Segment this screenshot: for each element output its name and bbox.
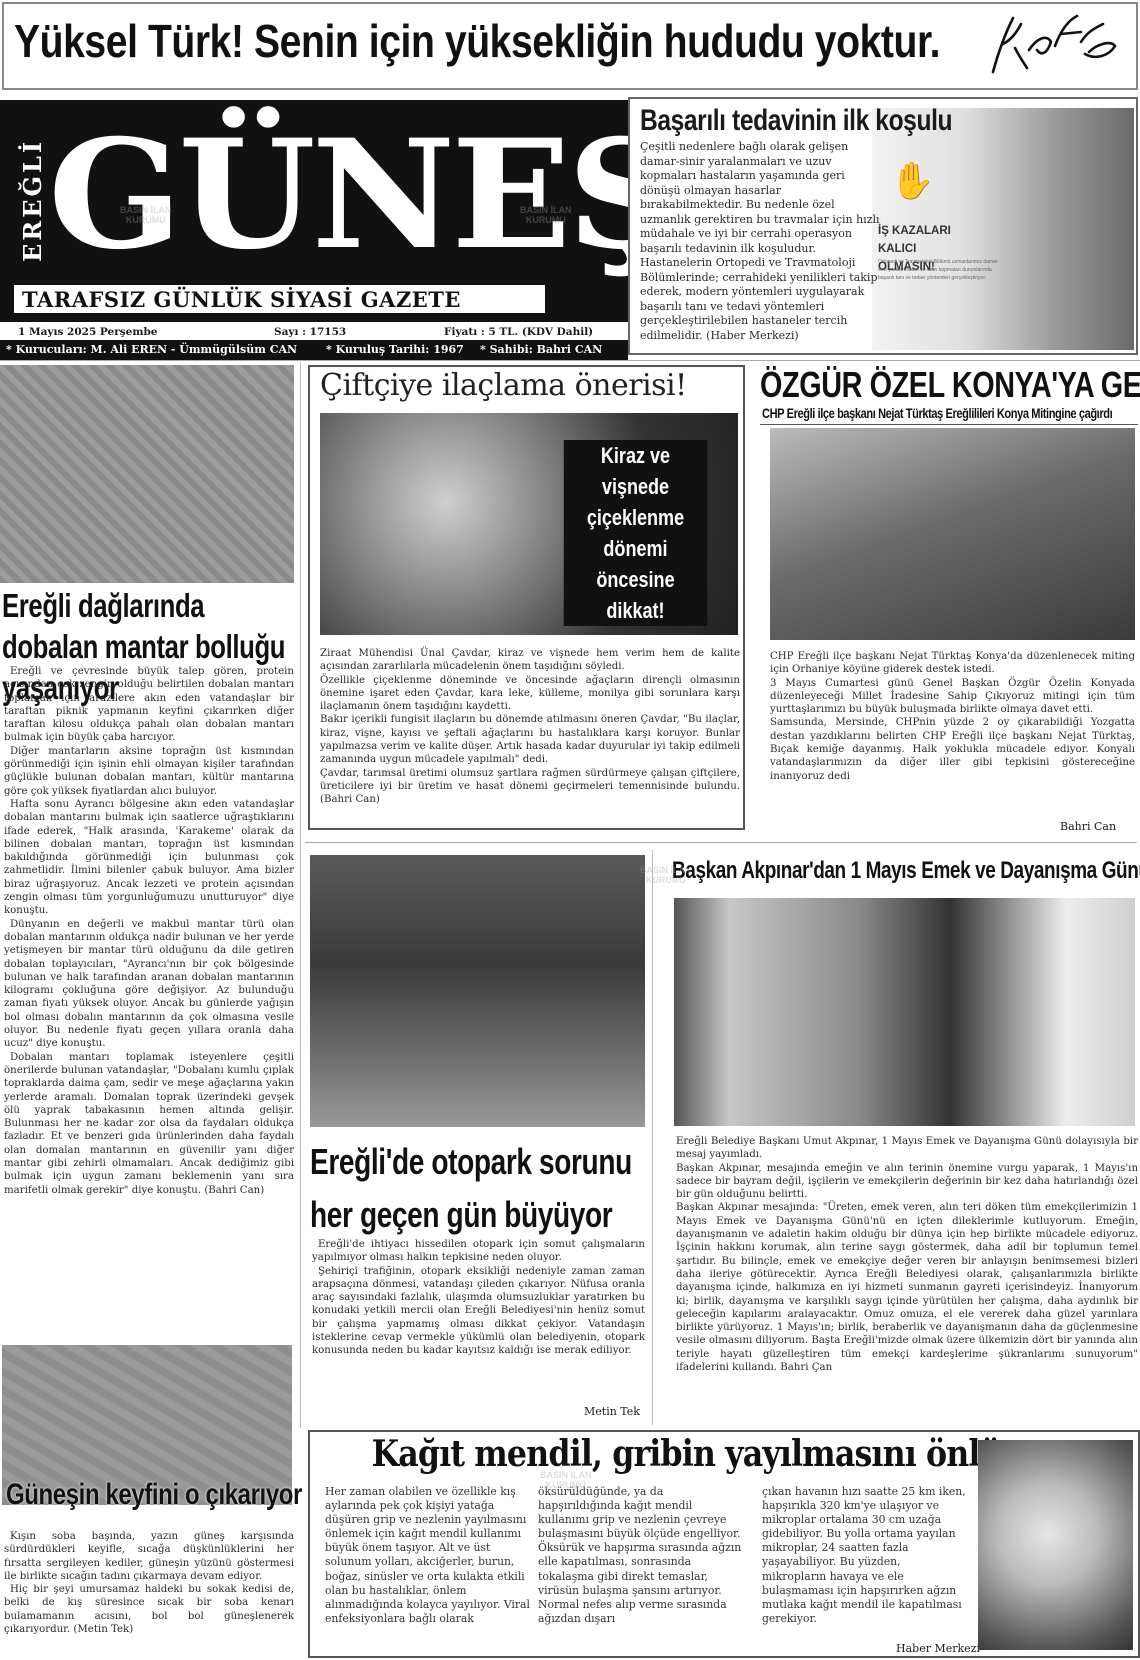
founders: * Kurucuları: M. Ali EREN - Ümmügülsüm C… xyxy=(6,343,297,356)
paragraph: Samsunda, Mersinde, CHPnin yüzde 2 oy çı… xyxy=(770,716,1135,782)
otopark-body: Ereğli'de ihtiyacı hissedilen otopark iç… xyxy=(312,1238,645,1358)
kagit-column-2: öksürüldüğünde, ya da hapşırıldığında ka… xyxy=(538,1485,743,1626)
paragraph: Başkan Akpınar mesajında: "Üreten, emek … xyxy=(676,1201,1138,1374)
kagit-column-3: çıkan havanın hızı saatte 25 km iken, ha… xyxy=(762,1485,967,1626)
paragraph: 3 Mayıs Cumartesi günü Genel Başkan Özgü… xyxy=(770,677,1135,717)
masthead-prefix: EREĞLİ xyxy=(18,139,47,262)
paragraph: Ziraat Mühendisi Ünal Çavdar, kiraz ve v… xyxy=(320,647,740,674)
ozel-meeting-photo xyxy=(770,428,1135,640)
akpinar-body: Ereğli Belediye Başkanı Umut Akpınar, 1 … xyxy=(676,1135,1138,1374)
paragraph: Dobalan mantarı toplamak isteyenlere çeş… xyxy=(4,1051,294,1197)
tedavi-ad-caption: Ortopedi ve Travmatoloji Bölümü uzmanlar… xyxy=(878,258,1003,282)
ciftci-headline: Çiftçiye ilaçlama önerisi! xyxy=(320,368,687,403)
paragraph: Çavdar, tarımsal üretimi olumsuz şartlar… xyxy=(320,767,740,807)
sneezing-child-photo xyxy=(978,1440,1133,1650)
column-divider xyxy=(652,850,653,1425)
paragraph: Başkan Akpınar, mesajında emeğin ve alın… xyxy=(676,1162,1138,1202)
ciftci-photo-caption: Kiraz ve vişnede çiçeklenme dönemi önces… xyxy=(548,440,723,626)
otopark-headline: Ereğli'de otopark sorunu her geçen gün b… xyxy=(310,1135,632,1241)
ozel-subheadline: CHP Ereğli ilçe başkanı Nejat Türktaş Er… xyxy=(762,406,1112,421)
ataturk-signature-icon xyxy=(985,10,1120,80)
caption-line: Kiraz ve vişnede xyxy=(564,440,708,502)
akpinar-office-photo xyxy=(674,898,1135,1126)
tedavi-headline: Başarılı tedavinin ilk koşulu xyxy=(640,104,952,138)
divider xyxy=(305,842,1137,843)
paragraph: Özellikle çiçeklenme döneminde ve öncesi… xyxy=(320,674,740,714)
paragraph: Diğer mantarların aksine toprağın üst kı… xyxy=(4,745,294,798)
mantar-body: Ereğli ve çevresinde büyük talep gören, … xyxy=(4,665,294,1197)
ozel-author: Bahri Can xyxy=(1060,820,1116,833)
kagit-author: Haber Merkezi xyxy=(896,1642,980,1655)
mushroom-photo xyxy=(0,365,294,583)
akpinar-headline: Başkan Akpınar'dan 1 Mayıs Emek ve Dayan… xyxy=(672,857,1140,885)
caption-line: öncesine dikkat! xyxy=(564,564,708,626)
headline-line: her geçen gün büyüyor xyxy=(310,1188,632,1241)
issue-date: 1 Mayıs 2025 Perşembe xyxy=(18,326,157,338)
paragraph: Ereğli'de ihtiyacı hissedilen otopark iç… xyxy=(312,1238,645,1265)
paragraph: CHP Ereğli ilçe başkanı Nejat Türktaş Ko… xyxy=(770,650,1135,677)
otopark-author: Metin Tek xyxy=(584,1405,640,1418)
newspaper-title: GÜNEŞ xyxy=(48,100,677,290)
tedavi-body: Çeşitli nedenlere bağlı olarak gelişen d… xyxy=(640,140,880,343)
stop-hand-icon: ✋ xyxy=(890,160,935,202)
paragraph: Kışın soba başında, yazın güneş karşısın… xyxy=(4,1530,294,1583)
paragraph: Hiç bir şeyi umursamaz haldeki bu sokak … xyxy=(4,1583,294,1636)
divider xyxy=(0,360,1140,361)
ozel-headline: ÖZGÜR ÖZEL KONYA'YA GELİYOR xyxy=(760,364,1140,406)
paragraph: Dünyanın en değerli ve makbul mantar tür… xyxy=(4,918,294,1051)
otopark-photo xyxy=(310,855,645,1127)
caption-line: çiçeklenme dönemi xyxy=(564,502,708,564)
tagline: TARAFSIZ GÜNLÜK SİYASİ GAZETE xyxy=(22,287,461,312)
slogan-text: Yüksel Türk! Senin için yüksekliğin hudu… xyxy=(14,14,940,68)
ozel-body: CHP Ereğli ilçe başkanı Nejat Türktaş Ko… xyxy=(770,650,1135,783)
paragraph: Ereğli Belediye Başkanı Umut Akpınar, 1 … xyxy=(676,1135,1138,1162)
kedi-body: Kışın soba başında, yazın güneş karşısın… xyxy=(4,1530,294,1636)
kagit-headline: Kağıt mendil, gribin yayılmasını önlüyor xyxy=(372,1433,1056,1475)
divider xyxy=(760,424,1138,425)
issue-meta-row: 1 Mayıs 2025 Perşembe Sayı : 17153 Fiyat… xyxy=(0,322,628,342)
column-divider xyxy=(300,362,301,1428)
ciftci-body: Ziraat Mühendisi Ünal Çavdar, kiraz ve v… xyxy=(320,647,740,807)
kagit-column-1: Her zaman olabilen ve özellikle kış ayla… xyxy=(325,1485,530,1626)
paragraph: Şehiriçi trafiğinin, otopark eksikliği n… xyxy=(312,1265,645,1358)
kedi-headline: Güneşin keyfini o çıkarıyor xyxy=(6,1478,302,1512)
owner: * Sahibi: Bahri CAN xyxy=(480,343,602,356)
founders-bar: * Kurucuları: M. Ali EREN - Ümmügülsüm C… xyxy=(0,340,628,360)
issue-number: Sayı : 17153 xyxy=(274,326,346,338)
headline-line: Ereğli'de otopark sorunu xyxy=(310,1135,632,1188)
founded-date: * Kuruluş Tarihi: 1967 xyxy=(326,343,464,356)
paragraph: Hafta sonu Ayrancı bölgesine akın eden v… xyxy=(4,798,294,918)
paragraph: Ereğli ve çevresinde büyük talep gören, … xyxy=(4,665,294,745)
issue-price: Fiyatı : 5 TL. (KDV Dahil) xyxy=(444,326,593,338)
paragraph: Bakır içerikli fungisit ilaçların bu dön… xyxy=(320,713,740,766)
